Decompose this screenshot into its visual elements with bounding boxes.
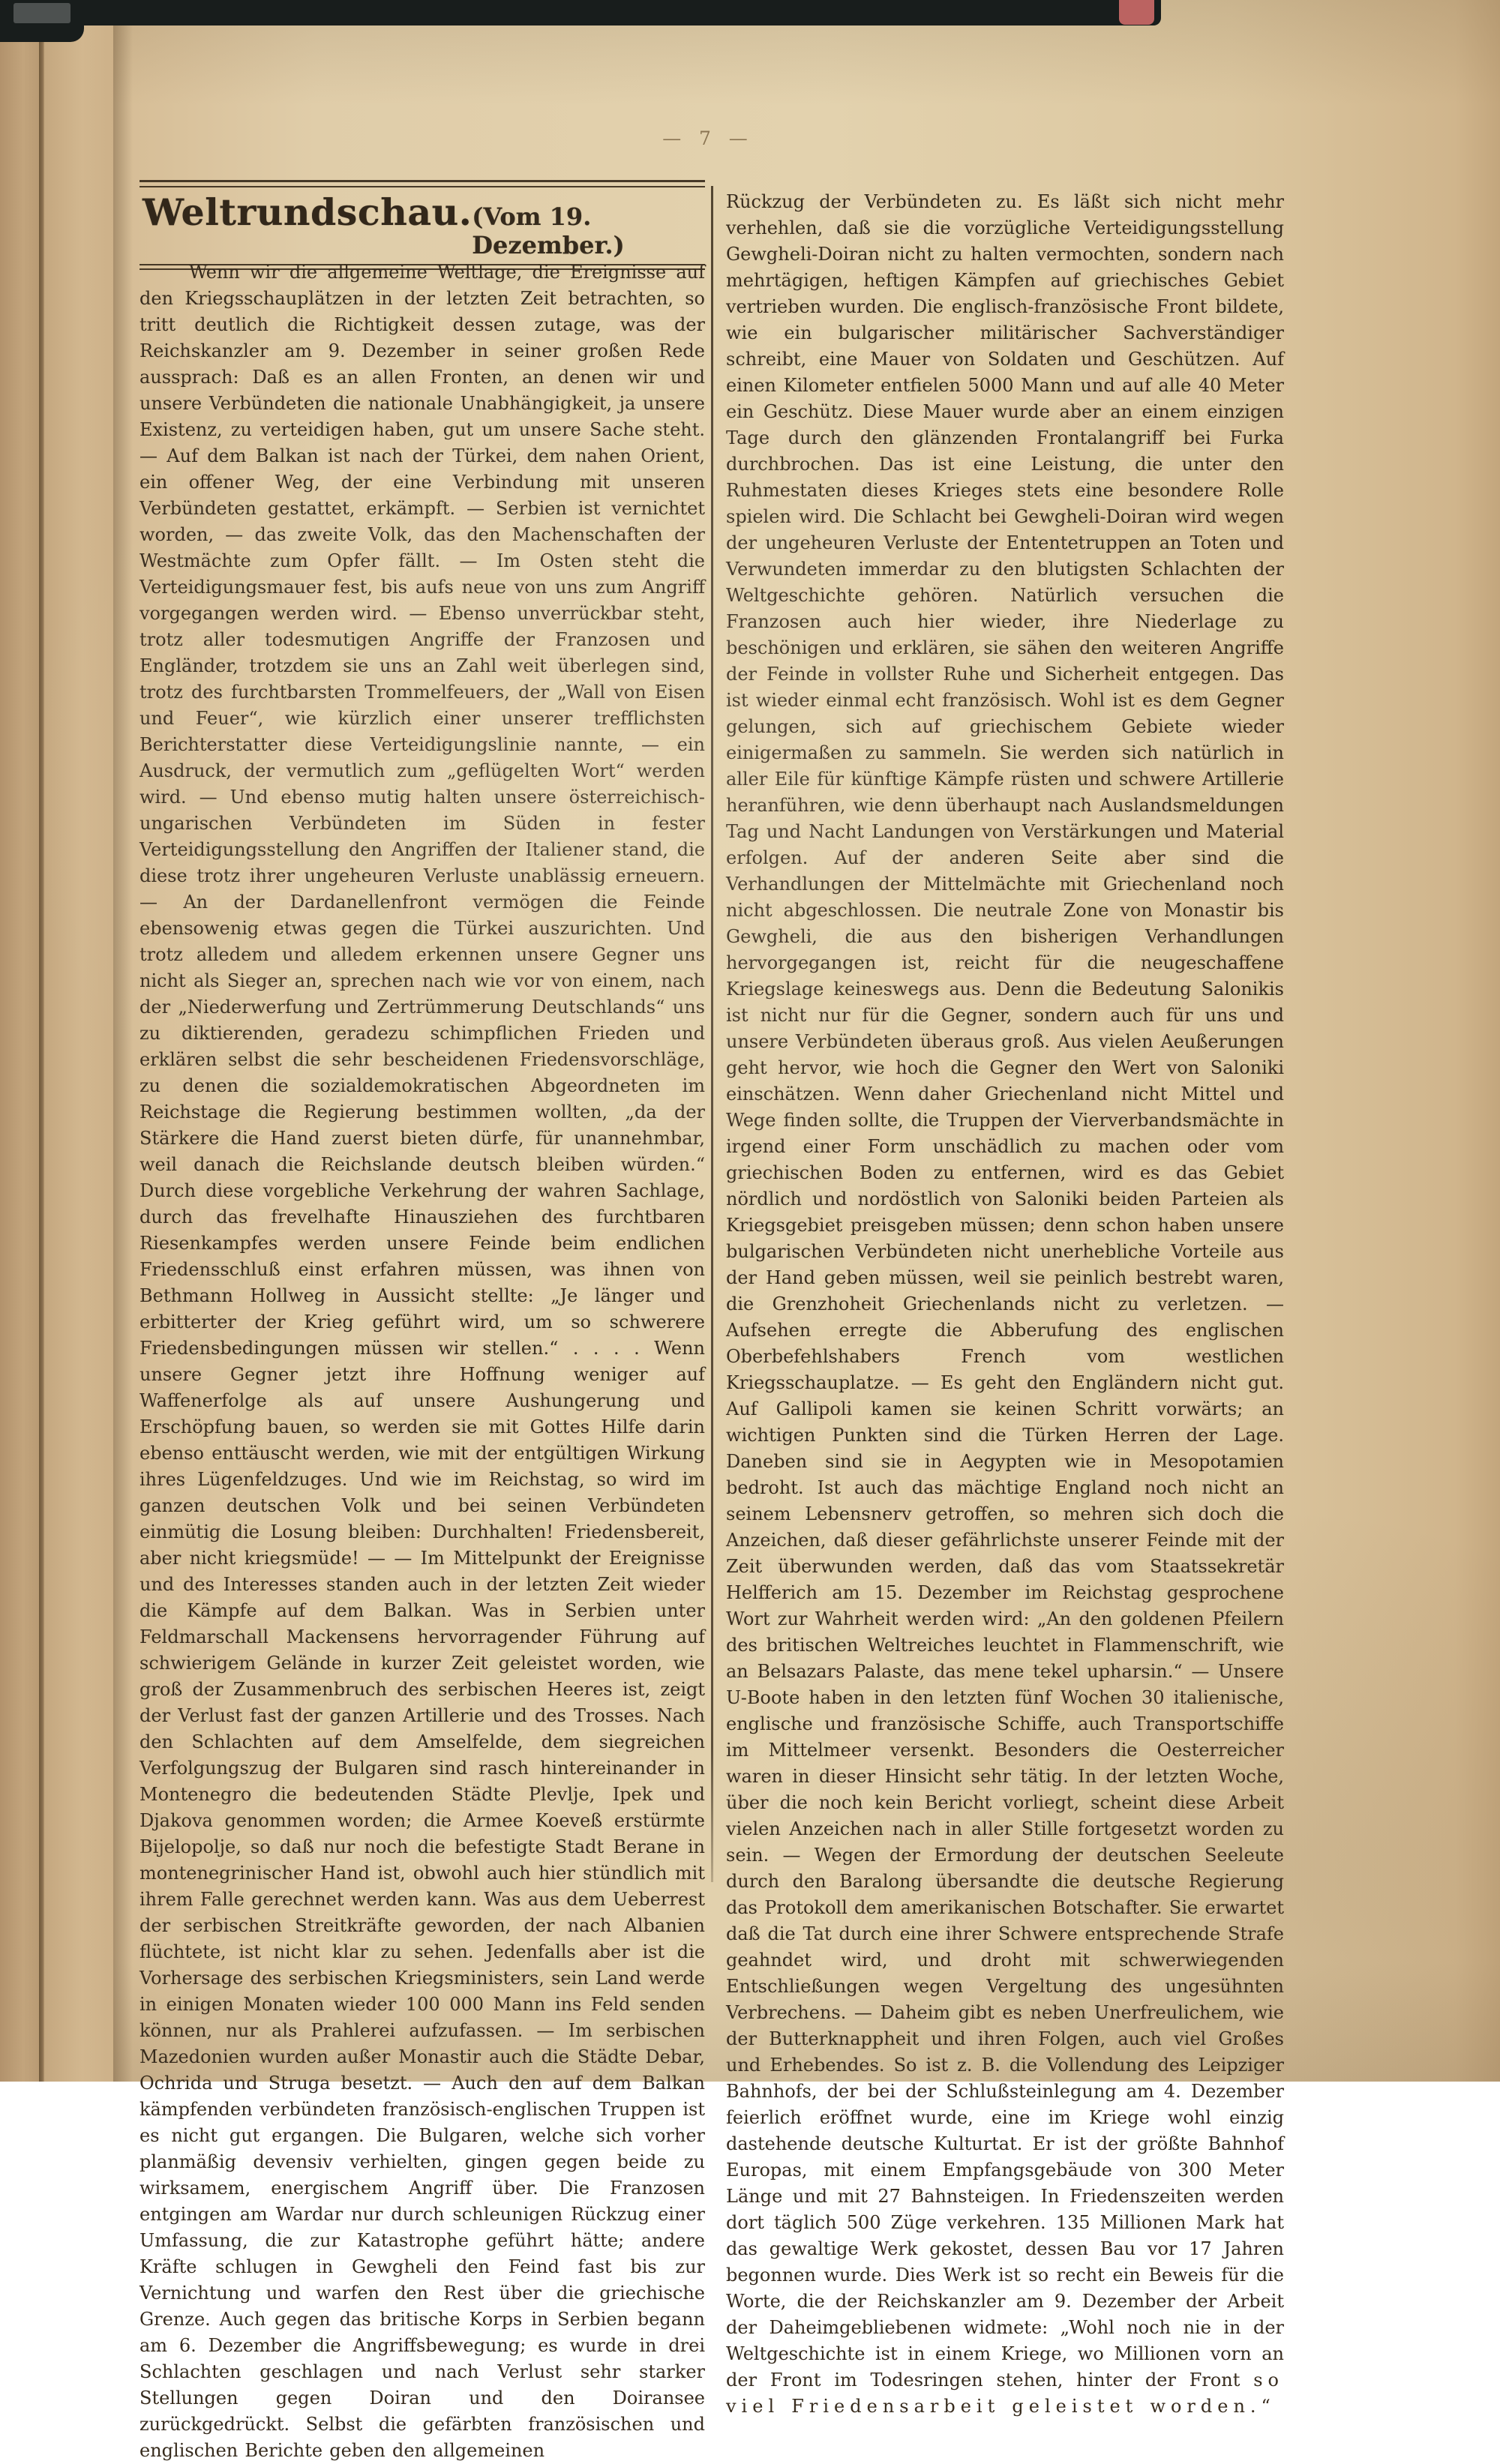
page-edge [44,0,113,2082]
scan-shadow-top [0,0,1161,25]
page-edge-shadow [39,0,44,2082]
article-text-right: Rückzug der Verbündeten zu. Es läßt sich… [726,189,1284,2082]
page-number: — 7 — [622,127,787,149]
article-text-left: Wenn wir die allgemeine Weltlage, die Er… [139,259,705,2082]
column-divider-rule [711,186,713,1882]
article-column-left: Wenn wir die allgemeine Weltlage, die Er… [139,259,705,2082]
article-column-right: Rückzug der Verbündeten zu. Es läßt sich… [726,189,1284,2082]
underlying-page-edge [0,0,39,2082]
header-rule-top [139,180,705,187]
binding-clip [13,3,70,23]
newspaper-page: — 7 — Weltrundschau. (Vom 19. Dezember.)… [0,0,1500,2082]
article-dateline: (Vom 19. Dezember.) [472,202,702,259]
article-header: Weltrundschau. (Vom 19. Dezember.) [139,180,705,270]
red-bookmark-mark [1119,0,1154,25]
article-text-right-main: Rückzug der Verbündeten zu. Es läßt sich… [726,191,1284,2082]
article-title: Weltrundschau. [142,190,472,234]
gutter-crease-shadow [113,0,133,2082]
